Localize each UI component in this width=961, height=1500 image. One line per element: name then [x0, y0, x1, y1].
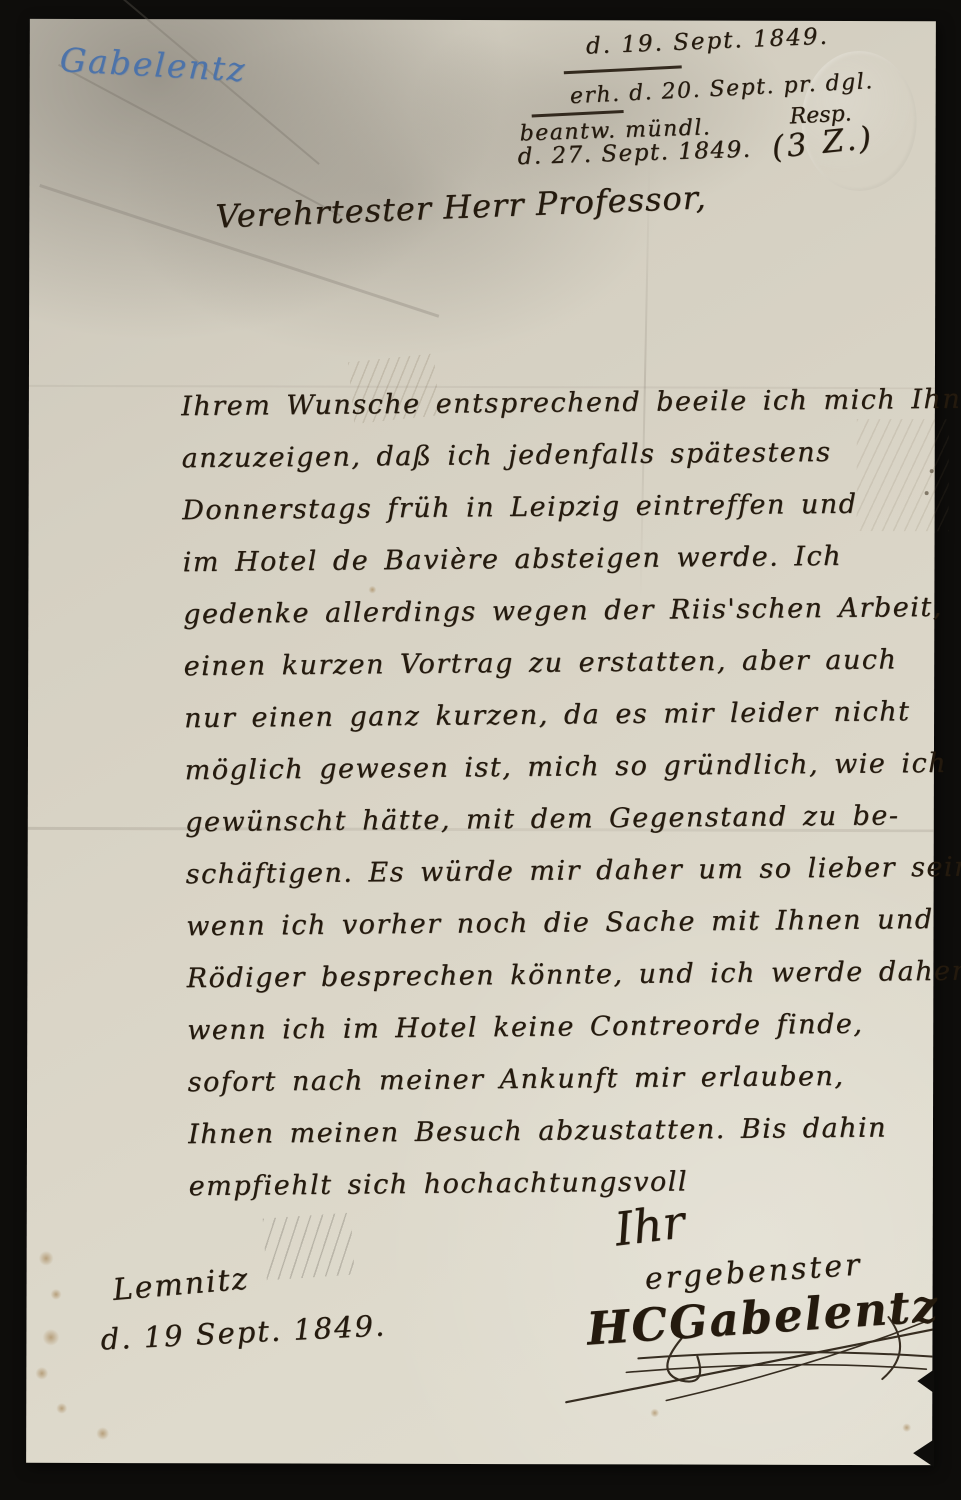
body-line: möglich gewesen ist, mich so gründlich, …: [184, 737, 961, 797]
body-line: Donnerstags früh in Leipzig eintreffen u…: [182, 477, 961, 537]
body-line: gedenke allerdings wegen der Riis'schen …: [183, 581, 961, 641]
archivist-name-annotation: Gabelentz: [59, 40, 248, 89]
foxing-spot: [42, 1329, 59, 1346]
body-line: einen kurzen Vortrag zu erstatten, aber …: [183, 633, 961, 693]
annotation-underline: [532, 110, 624, 117]
body-line: wenn ich im Hotel keine Contreorde finde…: [187, 997, 961, 1057]
photo-backdrop: Gabelentz d. 19. Sept. 1849. erh. d. 20.…: [0, 0, 961, 1500]
foxing-spot: [650, 1408, 659, 1417]
body-line: Ihrem Wunsche entsprechend beeile ich mi…: [181, 373, 961, 433]
pencil-hatch-marks: [263, 1213, 355, 1281]
letter-body: Ihrem Wunsche entsprechend beeile ich mi…: [181, 373, 961, 1213]
body-line: schäftigen. Es würde mir daher um so lie…: [185, 841, 961, 901]
body-line: gewünscht hätte, mit dem Gegenstand zu b…: [185, 789, 961, 849]
foxing-spot: [56, 1403, 67, 1414]
body-line: empfiehlt sich hochachtungsvoll: [188, 1153, 961, 1213]
foxing-spot: [902, 1423, 911, 1432]
dateline-date: d. 19 Sept. 1849.: [100, 1308, 387, 1356]
foxing-spot: [96, 1427, 109, 1440]
closing-pronoun: Ihr: [612, 1194, 688, 1256]
foxing-spot: [39, 1251, 54, 1266]
paper-tear-notch: [913, 1439, 934, 1467]
body-line: Rödiger besprechen könnte, und ich werde…: [186, 945, 961, 1005]
foxing-spot: [51, 1289, 62, 1300]
annotation-underline: [564, 65, 682, 73]
body-line: im Hotel de Bavière absteigen werde. Ich: [182, 529, 961, 589]
registry-annotation-date-received: d. 19. Sept. 1849.: [585, 24, 829, 60]
foxing-spot: [35, 1367, 48, 1380]
dateline-place: Lemnitz: [111, 1261, 250, 1307]
body-line: wenn ich vorher noch die Sache mit Ihnen…: [186, 893, 961, 953]
body-line: anzuzeigen, daß ich jedenfalls spätesten…: [181, 425, 961, 485]
signature: HCGabelentz: [585, 1279, 941, 1356]
body-line: Ihnen meinen Besuch abzustatten. Bis dah…: [188, 1101, 961, 1161]
body-line: nur einen ganz kurzen, da es mir leider …: [184, 685, 961, 745]
letter-paper: Gabelentz d. 19. Sept. 1849. erh. d. 20.…: [26, 19, 936, 1465]
body-line: sofort nach meiner Ankunft mir erlauben,: [187, 1049, 961, 1109]
paper-tear-notch: [917, 1369, 934, 1393]
